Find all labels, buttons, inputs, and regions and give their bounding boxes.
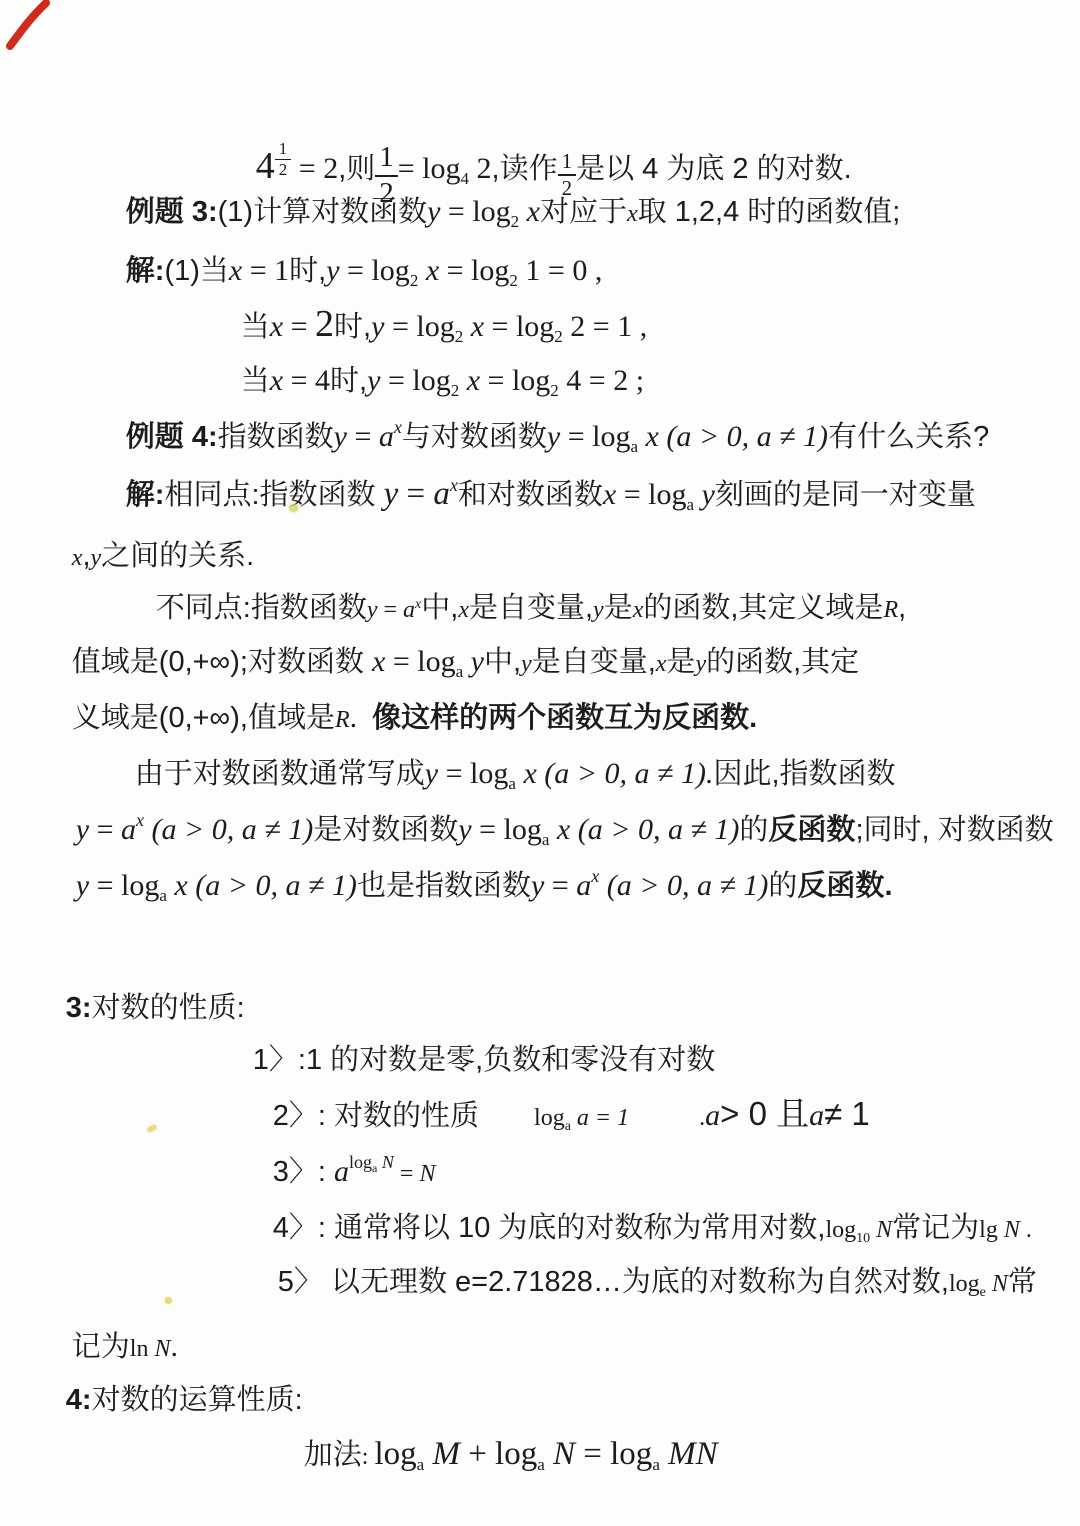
- cjk-text: 的: [768, 870, 797, 902]
- math-variable: N: [545, 1436, 575, 1472]
- section-4-heading: 4:对数的运算性质:: [48, 1334, 303, 1471]
- math-superscript: x: [591, 866, 599, 886]
- math-roman: log: [949, 1271, 980, 1297]
- cjk-bold-text: 4:: [66, 1384, 92, 1416]
- math-roman: + log: [460, 1436, 537, 1472]
- cjk-bold-text: 解:: [126, 255, 165, 287]
- math-variable: x (a > 0, a ≠ 1): [167, 869, 357, 902]
- cjk-text: 对数的运算性质:: [92, 1384, 303, 1416]
- math-subscript: a: [537, 1455, 545, 1474]
- math-variable: x: [72, 545, 83, 571]
- math-variable: y: [531, 869, 544, 902]
- cjk-bold-text: .: [884, 870, 892, 902]
- cjk-text: > 0 且: [720, 1095, 809, 1132]
- math-variable: y: [76, 869, 89, 902]
- cjk-text: ,: [82, 540, 90, 572]
- section-3-heading: 3:对数的性质:: [48, 942, 245, 1079]
- math-roman: =: [398, 476, 433, 512]
- cjk-text: 5〉 以无理数 e=2.71828…为底的对数称为自然对数,: [278, 1266, 949, 1298]
- cjk-text: ≠ 1: [824, 1095, 870, 1132]
- math-variable: y: [694, 478, 715, 511]
- math-variable: y: [91, 545, 102, 571]
- math-variable: N: [986, 1271, 1008, 1297]
- cjk-text: 刻画的是同一对变量: [715, 479, 976, 511]
- cjk-bold-text: 反函数: [797, 870, 884, 902]
- math-roman: = log: [575, 1436, 652, 1472]
- cjk-text: 常: [1008, 1266, 1037, 1298]
- red-pen-stroke: [10, 3, 46, 46]
- cjk-text: ,: [898, 592, 906, 624]
- math-roman: =: [544, 869, 576, 902]
- math-roman: log: [374, 1436, 416, 1472]
- inverse-function-para-line-3: y = loga x (a > 0, a ≠ 1)也是指数函数y = ax (a…: [58, 820, 893, 957]
- scan-speck: [146, 1124, 157, 1133]
- math-variable: (a > 0, a ≠ 1): [599, 869, 768, 902]
- math-variable: y: [384, 476, 399, 512]
- cjk-text: 和对数函数: [458, 479, 603, 511]
- cjk-text: (1)当: [164, 255, 228, 287]
- math-variable: x: [627, 201, 638, 227]
- math-subscript: a: [652, 1455, 660, 1474]
- addition-rule-formula: 加法: loga M + loga N = loga MN: [286, 1388, 718, 1526]
- math-variable: a: [705, 1099, 720, 1132]
- scan-speck: [289, 504, 298, 512]
- math-variable: a: [433, 476, 450, 512]
- math-variable: a = 1: [571, 1105, 629, 1131]
- math-variable: M: [424, 1436, 460, 1472]
- math-subscript: a: [159, 886, 167, 905]
- cjk-text: 也是指数函数: [357, 870, 531, 902]
- math-superscript: x: [450, 475, 458, 495]
- math-variable: MN: [660, 1436, 718, 1472]
- math-roman: log: [534, 1105, 565, 1131]
- math-variable: x: [603, 478, 616, 511]
- math-variable: R: [883, 597, 898, 623]
- math-variable: a: [809, 1099, 824, 1132]
- math-variable: a: [576, 869, 591, 902]
- document-page: 412 = 2,则12= log4 2,读作12是以 4 为底 2 的对数. 例…: [0, 0, 1080, 1526]
- cjk-text: 取 1,2,4 时的函数值;: [638, 196, 901, 228]
- math-roman: = log: [89, 869, 159, 902]
- math-roman: = log: [616, 478, 686, 511]
- cjk-text: 对数的性质:: [92, 992, 245, 1024]
- cjk-bold-text: 3:: [66, 992, 92, 1024]
- math-subscript: a: [686, 495, 694, 514]
- property-item-5: 5〉 以无理数 e=2.71828…为底的对数称为自然对数,loge N常: [260, 1216, 1037, 1353]
- red-pen-mark: [2, 0, 54, 52]
- scan-speck: [165, 1297, 172, 1304]
- cjk-text: 加法: [304, 1439, 362, 1471]
- math-roman: :: [362, 1444, 375, 1470]
